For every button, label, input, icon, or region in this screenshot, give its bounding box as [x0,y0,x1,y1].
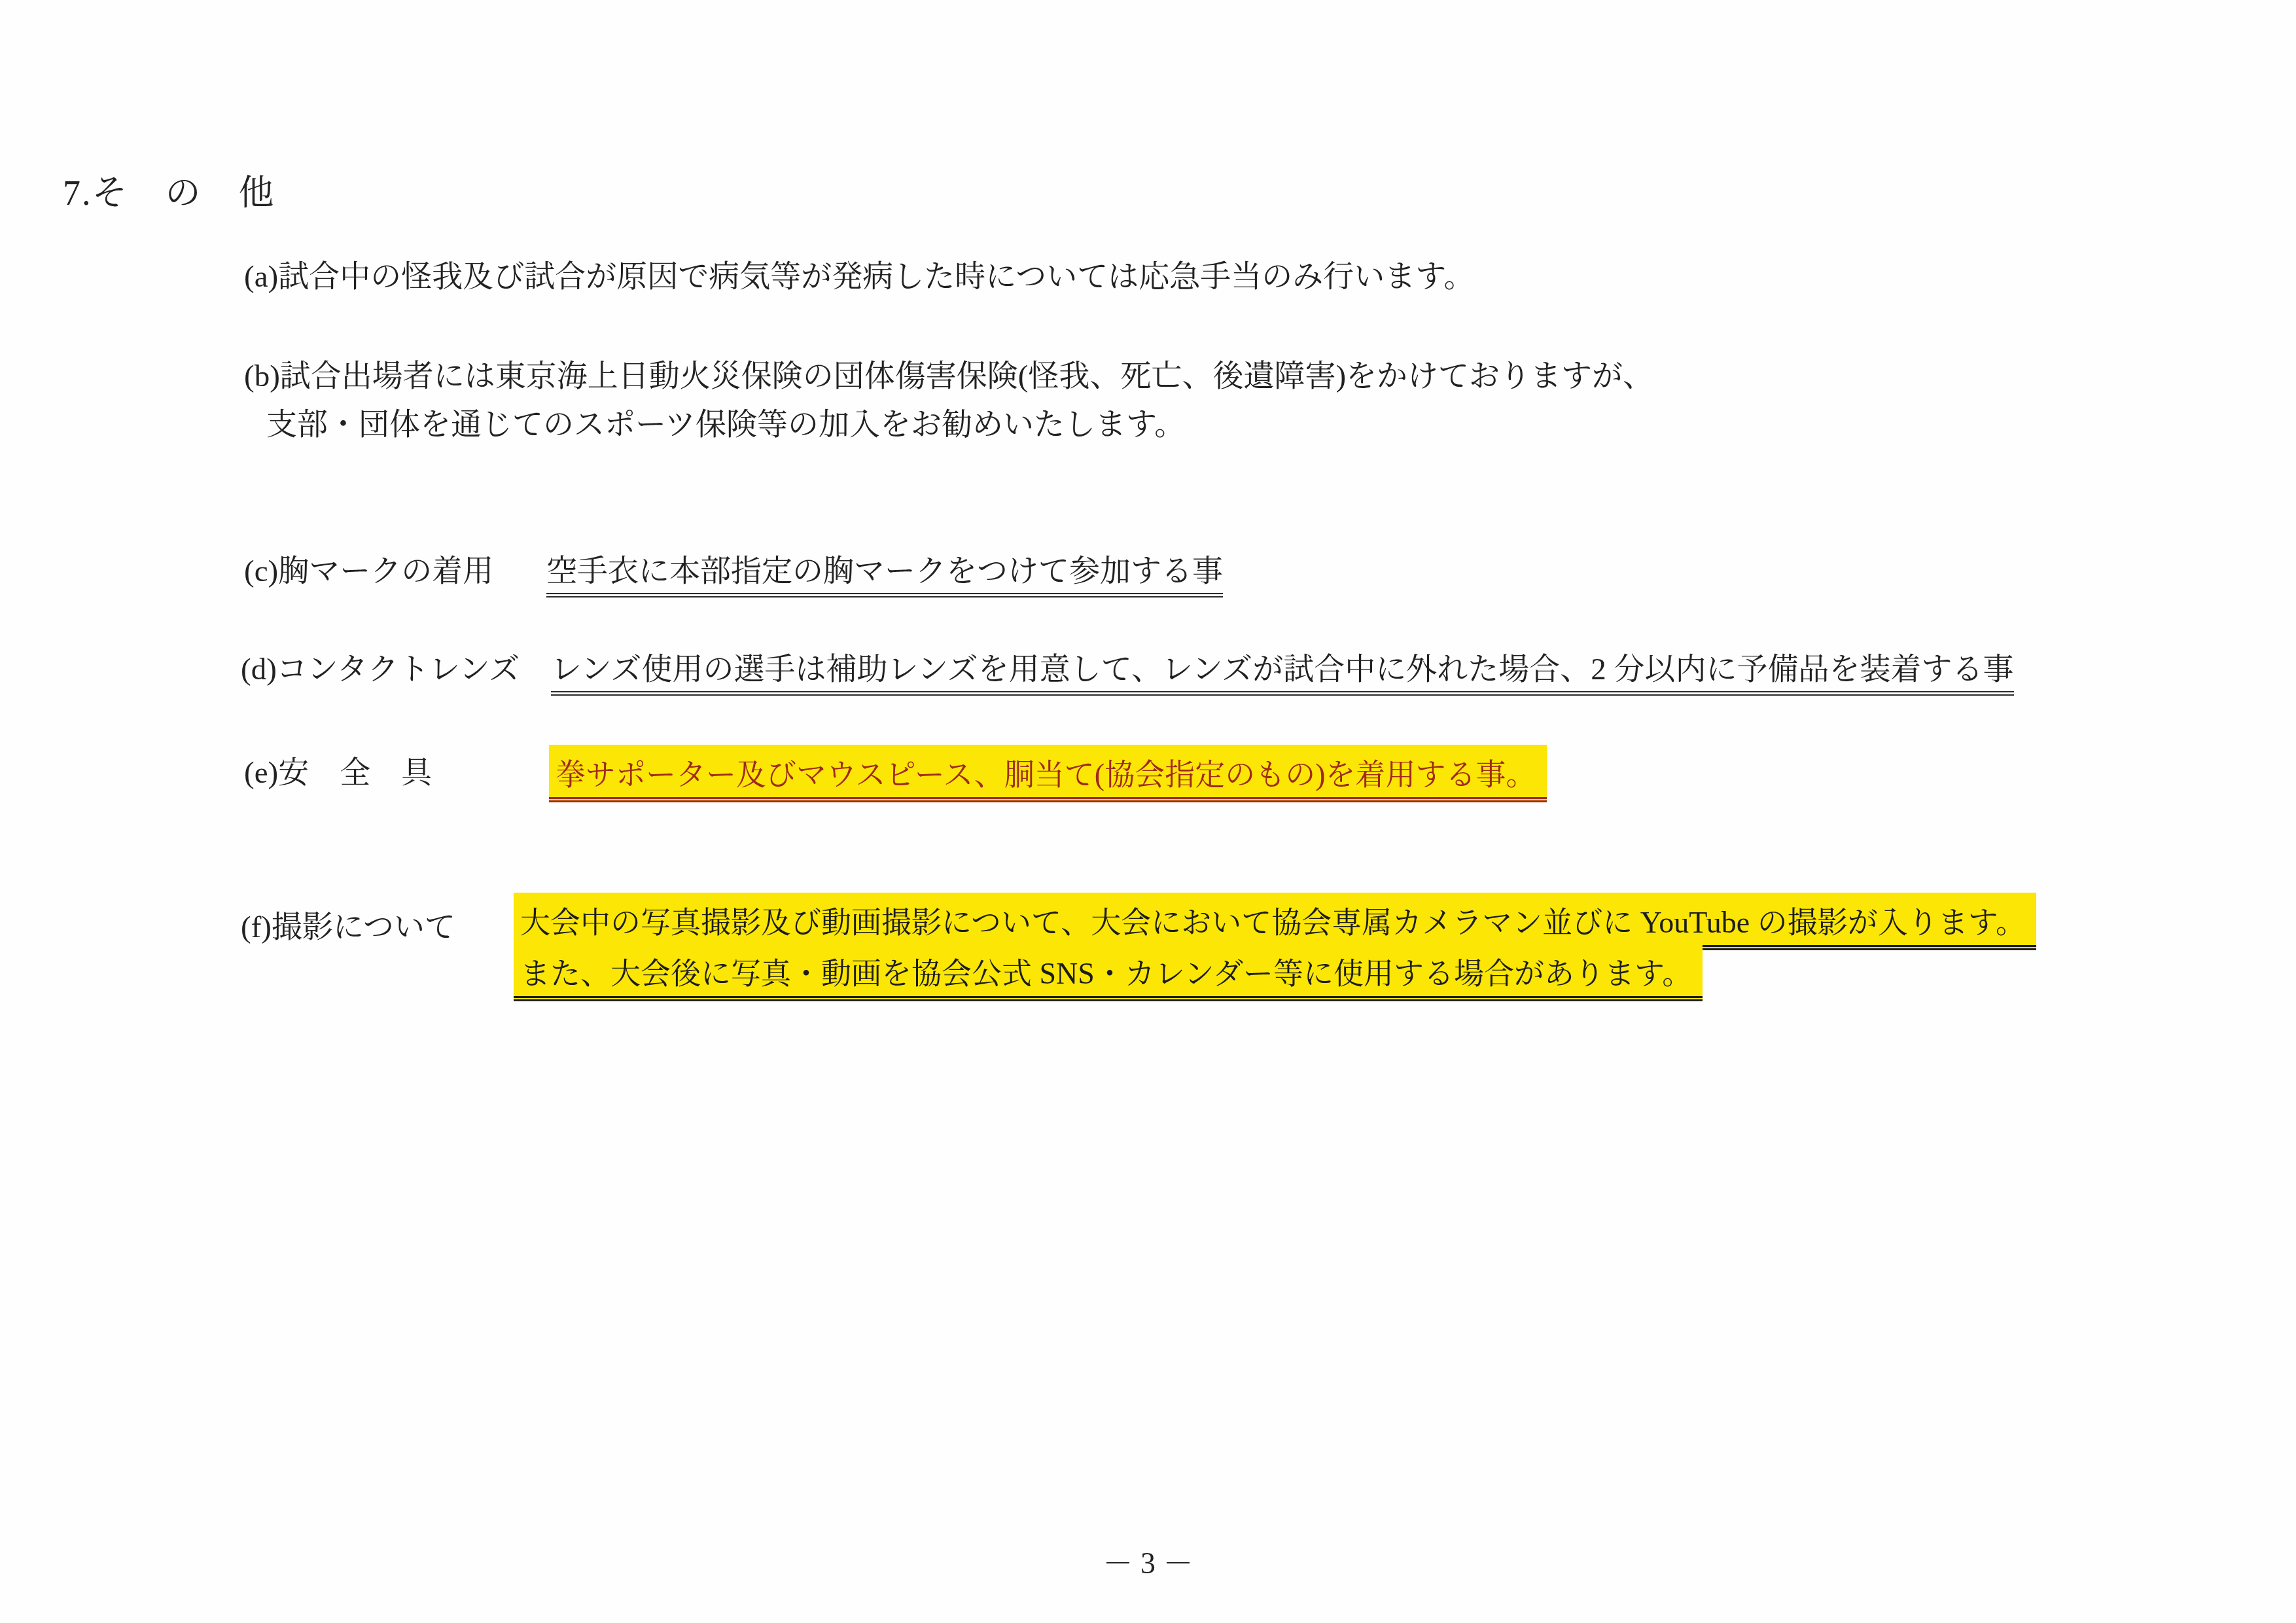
item-c-text-underlined: 空手衣に本部指定の胸マークをつけて参加する事 [546,554,1223,597]
item-b-line1: (b)試合出場者には東京海上日動火災保険の団体傷害保険(怪我、死亡、後遺障害)を… [244,359,1653,394]
item-c-label: (c)胸マークの着用 [244,554,493,589]
item-b-line2: 支部・団体を通じてのスポーツ保険等の加入をお勧めいたします。 [266,407,1185,442]
document-page: 7.そ の 他 (a)試合中の怪我及び試合が原因で病気等が発病した時については応… [0,0,2296,1623]
item-f-label: (f)撮影について [241,910,455,945]
item-d-text-underlined: レンズ使用の選手は補助レンズを用意して、レンズが試合中に外れた場合、2 分以内に… [551,652,2014,696]
item-d-label: (d)コンタクトレンズ [241,652,520,687]
item-f-line1-highlighted: 大会中の写真撮影及び動画撮影について、大会において協会専属カメラマン並びに Yo… [514,893,2036,950]
item-e-text-highlighted: 拳サポーター及びマウスピース、胴当て(協会指定のもの)を着用する事。 [549,745,1547,802]
section-heading: 7.そ の 他 [63,165,275,215]
page-number: － 3 － [0,1539,2296,1582]
item-e-label: (e)安 全 具 [244,755,432,791]
item-f-line2-highlighted: また、大会後に写真・動画を協会公式 SNS・カレンダー等に使用する場合があります… [514,944,1703,1001]
item-a-text: (a)試合中の怪我及び試合が原因で病気等が発病した時については応急手当のみ行いま… [244,259,1474,294]
